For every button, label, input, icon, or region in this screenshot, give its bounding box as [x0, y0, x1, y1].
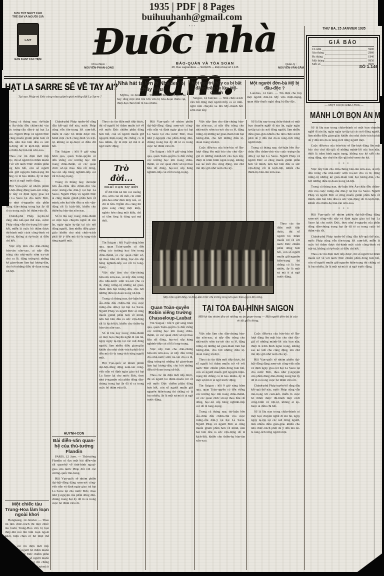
court-deck-wrap: Mỗi kỳ tòa nhóm đều có những vụ án quan-… — [198, 315, 298, 329]
price-leader — [322, 48, 367, 51]
column-rule — [97, 120, 98, 570]
masthead-owner: Chủ-nhiệm : NGUYỄN-PHAN-LONG — [66, 63, 132, 75]
body-paragraph: Theo các tin điện mới tiếp được, thì số … — [147, 374, 193, 403]
text-column-3a: Theo các tin điện mới tiếp được, thì số … — [99, 120, 144, 158]
saar-article-head: HẠT LA SARRE SẼ VỀ TAY AI? Tại sao Pháp … — [5, 82, 115, 109]
body-paragraph: Hội Vạn-quốc sẽ nhóm phiên đại-hội-đồng … — [6, 184, 49, 213]
masthead-rule — [4, 76, 304, 79]
column-rule — [194, 120, 195, 570]
investigation-kicker-wrap: — MỘT CUỘC ĐIỀU-TRA — — [306, 104, 382, 111]
body-paragraph: Tin Saigon : hồi 9 giờ sáng hôm qua, qua… — [52, 150, 96, 179]
body-paragraph: Trong cả tháng nay, dư-luận bên Âu-châu … — [196, 410, 245, 443]
scan-crease — [374, 110, 375, 570]
body-paragraph: PARIS, 12 Janv. — Thủ-tướng Flandin có đ… — [52, 455, 96, 475]
court-column-left: Việc nầy làm cho dân-chúng bàn-tán xôn-x… — [196, 332, 245, 570]
body-paragraph: Việc nầy làm cho dân-chúng bàn-tán xôn-x… — [196, 120, 244, 145]
body-paragraph: Cuộc điều-tra của bổn-báo sẽ lần-lượt đă… — [196, 146, 244, 171]
flandin-headline: Bài diễn-văn quan-hệ của thủ-tướng Fland… — [52, 438, 96, 454]
band-rule — [188, 80, 189, 119]
body-paragraph: Số là lâu nay trong châu-thành có một bọ… — [308, 126, 380, 142]
text-column-1: Trong cả tháng nay, dư-luận bên Âu-châu … — [6, 120, 49, 498]
body-paragraph: Theo các tin điện mới tiếp được, thì số … — [196, 358, 245, 383]
column-rule — [50, 120, 51, 570]
body-paragraph: Việc nầy làm cho dân-chúng bàn-tán xôn-x… — [147, 348, 193, 373]
body-paragraph: Hội Vạn-quốc sẽ nhóm phiên đại-hội-đồng … — [99, 362, 144, 391]
scan-artifact-bottom-edge — [0, 572, 384, 576]
tro-doi-subtitle: NGHĨ CẠN SỰ ĐỜI — [102, 186, 141, 190]
office-address: 28, Rue Lagrandière — SAIGON — Điện-thoạ… — [146, 66, 264, 69]
ad-line-3: BÁN KHẮP CÁC TIỆM — [8, 58, 48, 61]
investigation-body: Số là lâu nay trong châu-thành có một bọ… — [308, 126, 380, 570]
court-headline: TẠI TÒA ĐẠI-HÌNH SAIGON — [202, 304, 294, 313]
box-rule — [108, 184, 135, 185]
saar-deck: Tại sao Pháp và Đức cùng nhau giành-giựt… — [5, 95, 115, 99]
body-paragraph: Hội Vạn-quốc sẽ nhóm phiên đại-hội-đồng … — [251, 358, 300, 383]
body-paragraph: Cuộc điều-tra của bổn-báo sẽ lần-lượt đă… — [308, 144, 380, 160]
body-paragraph: Số là lâu nay trong châu-thành có một bọ… — [99, 331, 144, 360]
body-paragraph: Theo các tin điện mới tiếp được, thì số … — [6, 154, 49, 183]
price-leader — [325, 52, 367, 55]
body-paragraph: Trong cả tháng nay, dư-luận bên Âu-châu … — [99, 297, 144, 330]
text-column-6a: Số là lâu nay trong châu-thành có một bọ… — [248, 120, 300, 219]
body-paragraph: Tin Saigon : hồi 9 giờ sáng hôm qua, qua… — [99, 241, 144, 270]
text-column-5a: Việc nầy làm cho dân-chúng bàn-tán xôn-x… — [196, 120, 244, 219]
overlay-email-line: buihuuhanh@gmail.com — [2, 13, 382, 23]
robin-article: Quan Toàn-quyền Robin viếng trường Chass… — [147, 305, 193, 570]
singer-headline: Một người thầy ca bị bắt đặng trên xe lử… — [190, 81, 243, 95]
court-column-right: Cuộc điều-tra của bổn-báo sẽ lần-lượt đă… — [251, 332, 300, 570]
body-paragraph: Saigon, 14 Janvier. — Nhà chức-trách vừa… — [190, 96, 243, 112]
text-column-4a: Hội Vạn-quốc sẽ nhóm phiên đại-hội-đồng … — [147, 120, 193, 220]
body-paragraph: Chánh-phủ Pháp tuyên-bố rằng dầu kết-quả… — [308, 235, 380, 251]
body-paragraph: Theo các tin điện mới tiếp được, thì số … — [308, 253, 380, 269]
band-rule — [245, 80, 246, 119]
price-label: Mỗi số — [312, 63, 320, 67]
dateline-wrap: THỨ BA, 15 JANVIER 1935 — [306, 27, 382, 35]
scan-artifact-top-right — [378, 0, 384, 26]
news-photo — [152, 221, 274, 294]
body-paragraph: Theo các tin điện mới tiếp được, thì số … — [99, 120, 144, 149]
robin-headline: Quan Toàn-quyền Robin viếng trường Chass… — [147, 305, 193, 320]
saar-headline: HẠT LA SARRE SẼ VỀ TAY AI? — [5, 82, 100, 92]
body-paragraph: Theo các tin điện mới tiếp được, thì số … — [277, 222, 300, 279]
body-paragraph: Việc nầy làm cho dân-chúng bàn-tán xôn-x… — [99, 271, 144, 296]
photo-caption: Mấy trăm người đứng coi đông-đảo trước c… — [150, 296, 276, 299]
band-rule — [115, 80, 116, 119]
section-separator: * * * — [308, 162, 380, 166]
scan-artifact-top-left — [0, 0, 3, 70]
body-paragraph: Trong cả tháng nay, dư-luận bên Âu-châu … — [248, 146, 300, 175]
flandin-article: HUỲNH-CÔN Bài diễn-văn quan-hệ của thủ-t… — [52, 432, 96, 570]
price-title: GIÁ BÁO — [312, 40, 374, 47]
owner-name: NGUYỄN-PHAN-LONG — [66, 67, 132, 71]
body-paragraph: Hongkong, 14 Janvier. — Theo tin nhà chứ… — [5, 518, 49, 543]
body-paragraph: Số là lâu nay trong châu-thành có một bọ… — [251, 410, 300, 435]
body-paragraph: Việc nầy làm cho dân-chúng bàn-tán xôn-x… — [6, 245, 49, 274]
column-rule — [246, 120, 247, 570]
body-paragraph: Trong cả tháng nay, dư-luận bên Âu-châu … — [6, 120, 49, 153]
body-paragraph: Chánh-phủ Pháp tuyên-bố rằng dầu kết-quả… — [52, 120, 96, 149]
body-paragraph: Việc nầy làm cho dân-chúng bàn-tán xôn-x… — [308, 167, 380, 183]
headline-rule — [312, 122, 376, 123]
body-paragraph: Cuộc điều-tra của bổn-báo sẽ lần-lượt đă… — [251, 332, 300, 357]
price-leader — [321, 63, 367, 66]
body-paragraph: Số là lâu nay trong châu-thành có một bọ… — [52, 215, 96, 244]
text-column-3b: Tin Saigon : hồi 9 giờ sáng hôm qua, qua… — [99, 241, 144, 570]
body-paragraph: Tin Saigon : hồi 9 giờ sáng hôm qua, qua… — [196, 384, 245, 409]
can-label: LAIT — [19, 35, 37, 45]
column-rule — [145, 120, 146, 570]
body-paragraph: Chánh-phủ Pháp tuyên-bố rằng dầu kết-quả… — [6, 215, 49, 244]
body-paragraph: Tin Saigon : hồi 9 giờ sáng hôm qua, qua… — [147, 150, 193, 175]
body-paragraph: Tin Saigon : hồi 9 giờ sáng hôm qua, qua… — [147, 321, 193, 346]
milk-can-icon: LAIT — [17, 23, 39, 57]
text-column-2: Chánh-phủ Pháp tuyên-bố rằng dầu kết-quả… — [52, 120, 96, 430]
overlay-year-line: 1935 | PDF | 8 Pages — [2, 2, 382, 13]
woman-article-head: Một người đờn-bà Mỹ bị đầu-độc ? Londres… — [247, 81, 302, 119]
court-deck: Mỗi kỳ tòa nhóm đều có những vụ án quan-… — [198, 315, 298, 323]
investigation-headline: MÁNH LỚI BỌN ĂN MÀY — [310, 111, 378, 120]
price-value: 0$05 — [368, 63, 374, 67]
photo-ground — [153, 286, 273, 293]
scan-artifact-left-strip — [0, 88, 9, 206]
price-leader — [324, 56, 367, 59]
overlay-smudge: · · · — [2, 23, 382, 28]
right-column-divider — [304, 26, 305, 570]
photo-crowd — [157, 250, 270, 287]
scan-overlay-header: 1935 | PDF | 8 Pages buihuuhanh@gmail.co… — [2, 2, 382, 28]
body-paragraph: Chánh-phủ Pháp tuyên-bố rằng dầu kết-quả… — [251, 384, 300, 409]
newspaper-page: 1935 | PDF | 8 Pages buihuuhanh@gmail.co… — [2, 0, 382, 572]
price-leader — [325, 59, 367, 62]
body-paragraph: Mỹtho, 14 Janvier. — Tin buổi chiều hôm … — [117, 94, 186, 106]
body-paragraph: Số là lâu nay trong châu-thành có một bọ… — [248, 120, 300, 145]
masthead-office: BÁO-QUÁN VÀ TÒA SOẠN 28, Rue Lagrandière… — [146, 61, 264, 76]
ship-headline: Một chiếc tàu Trung-Hoa làm loạn ngoài k… — [5, 500, 49, 517]
body-paragraph: Hội Vạn-quốc sẽ nhóm phiên đại-hội-đồng … — [147, 120, 193, 149]
flandin-byline: HUỲNH-CÔN — [52, 432, 96, 437]
investigation-kicker: — MỘT CUỘC ĐIỀU-TRA — — [306, 104, 382, 108]
body-paragraph: Trong cả tháng nay, dư-luận bên Âu-châu … — [52, 180, 96, 213]
body-paragraph: Trong cả tháng nay, dư-luận bên Âu-châu … — [308, 185, 380, 205]
scan-artifact-right-nub — [380, 96, 384, 144]
body-paragraph: Hội Vạn-quốc sẽ nhóm phiên đại-hội-đồng … — [308, 213, 380, 233]
body-paragraph: Ở đời lắm kẻ lên voi xuống chó, sớm còn … — [102, 190, 141, 223]
price-row: Mỗi số0$05 — [312, 63, 374, 67]
tro-doi-title: Trò đời... — [102, 163, 141, 183]
theatre-article-head: Nhà hát ta lớn ở Nhaden bị cháy tiêu Mỹt… — [117, 81, 186, 119]
body-paragraph: Hội Vạn-quốc sẽ nhóm phiên đại-hội-đồng … — [52, 477, 96, 506]
section-separator: * * * — [308, 207, 380, 211]
theatre-headline: Nhà hát ta lớn ở Nhaden bị cháy tiêu — [117, 81, 186, 93]
photo-caption-wrap: Mấy trăm người đứng coi đông-đảo trước c… — [150, 296, 276, 303]
text-strip-beside-photo: Theo các tin điện mới tiếp được, thì số … — [277, 222, 300, 294]
body-paragraph: Việc nầy làm cho dân-chúng bàn-tán xôn-x… — [196, 332, 245, 357]
woman-headline: Một người đờn-bà Mỹ bị đầu-độc ? — [247, 81, 302, 91]
singer-article-head: Một người thầy ca bị bắt đặng trên xe lử… — [190, 81, 243, 119]
price-table: GIÁ BÁO Cả năm5$00 Sáu tháng2$60 Ba thán… — [308, 37, 378, 101]
tro-doi-box: Trò đời... NGHĨ CẠN SỰ ĐỜI Ở đời lắm kẻ … — [99, 160, 144, 238]
body-paragraph: Londres, 14 Janv. — Tin điện cho hay một… — [247, 92, 302, 104]
